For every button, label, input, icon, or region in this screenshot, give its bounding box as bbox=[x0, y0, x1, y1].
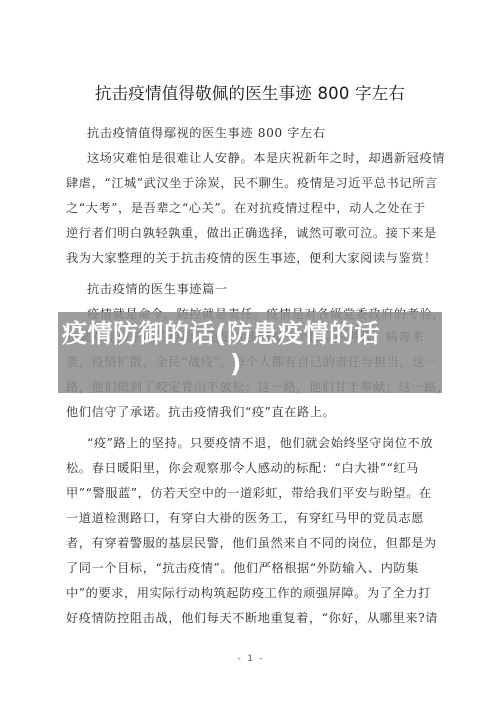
document-page: 抗击疫情值得敬佩的医生事迹 800 字左右 抗击疫情值得鄢视的医生事迹 800 … bbox=[0, 0, 500, 706]
overlay-title-line1: 疫情防御的话(防患疫情的话 bbox=[62, 319, 380, 348]
text-line: 我为大家整理的关于抗击疫情的医生事迹，便利大家阅读与鉴赏！ bbox=[66, 251, 436, 265]
overlay-title-line2: ) bbox=[62, 348, 462, 380]
text-line: 抗击疫情的医生事迹篇一 bbox=[87, 282, 457, 296]
text-line: 好疫情防控阻击战，他们每天不断地重复着，“你好，从哪里来?请 bbox=[66, 611, 436, 625]
text-line: 松。春日暖阳里，你会观察那令人感动的标配：“白大褂”“红马 bbox=[66, 461, 436, 475]
text-line: 之“大考”，是吾辈之“心关”。在对抗疫情过程中，动人之处在于 bbox=[66, 201, 436, 215]
text-line: 中”的要求，用实际行动构筑起防疫工作的顽强屏障。为了全力打 bbox=[66, 586, 436, 600]
text-line: 了同一个目标，“抗击疫情”。他们严格根据“外防输入、内防集 bbox=[66, 561, 436, 575]
text-line: 他们信守了承诺。抗击疫情我们“疫”直在路上。 bbox=[66, 405, 436, 419]
text-line: 逆行者们明白孰轻孰重，做出正确选择，诚然可歌可泣。接下来是 bbox=[66, 226, 436, 240]
overlay-title: 疫情防御的话(防患疫情的话 ) bbox=[62, 318, 462, 380]
document-title: 抗击疫情值得敬佩的医生事迹 800 字左右 bbox=[0, 80, 500, 104]
page-number: - 1 - bbox=[0, 654, 500, 664]
text-line: 抗击疫情值得鄢视的医生事迹 800 字左右 bbox=[87, 126, 457, 140]
text-line: 甲”“警服蓝”，仿若天空中的一道彩虹，带给我们平安与盼望。在 bbox=[66, 486, 436, 500]
text-line: 一道道检测路口，有穿白大褂的医务工，有穿红马甲的党员志愿 bbox=[66, 511, 436, 525]
text-line: 肆虐，“江城”武汉坐于涂炭，民不聊生。疫情是习近平总书记所言 bbox=[66, 176, 436, 190]
text-line: “疫”路上的坚持。只要疫情不退，他们就会始终坚守岗位不放 bbox=[87, 436, 457, 450]
text-line: 者，有穿着警服的基层民警，他们虽然来自不同的岗位，但都是为 bbox=[66, 536, 436, 550]
text-line: 这场灾难怕是很难让人安静。本是庆祝新年之时，却遇新冠疫情 bbox=[87, 151, 457, 165]
